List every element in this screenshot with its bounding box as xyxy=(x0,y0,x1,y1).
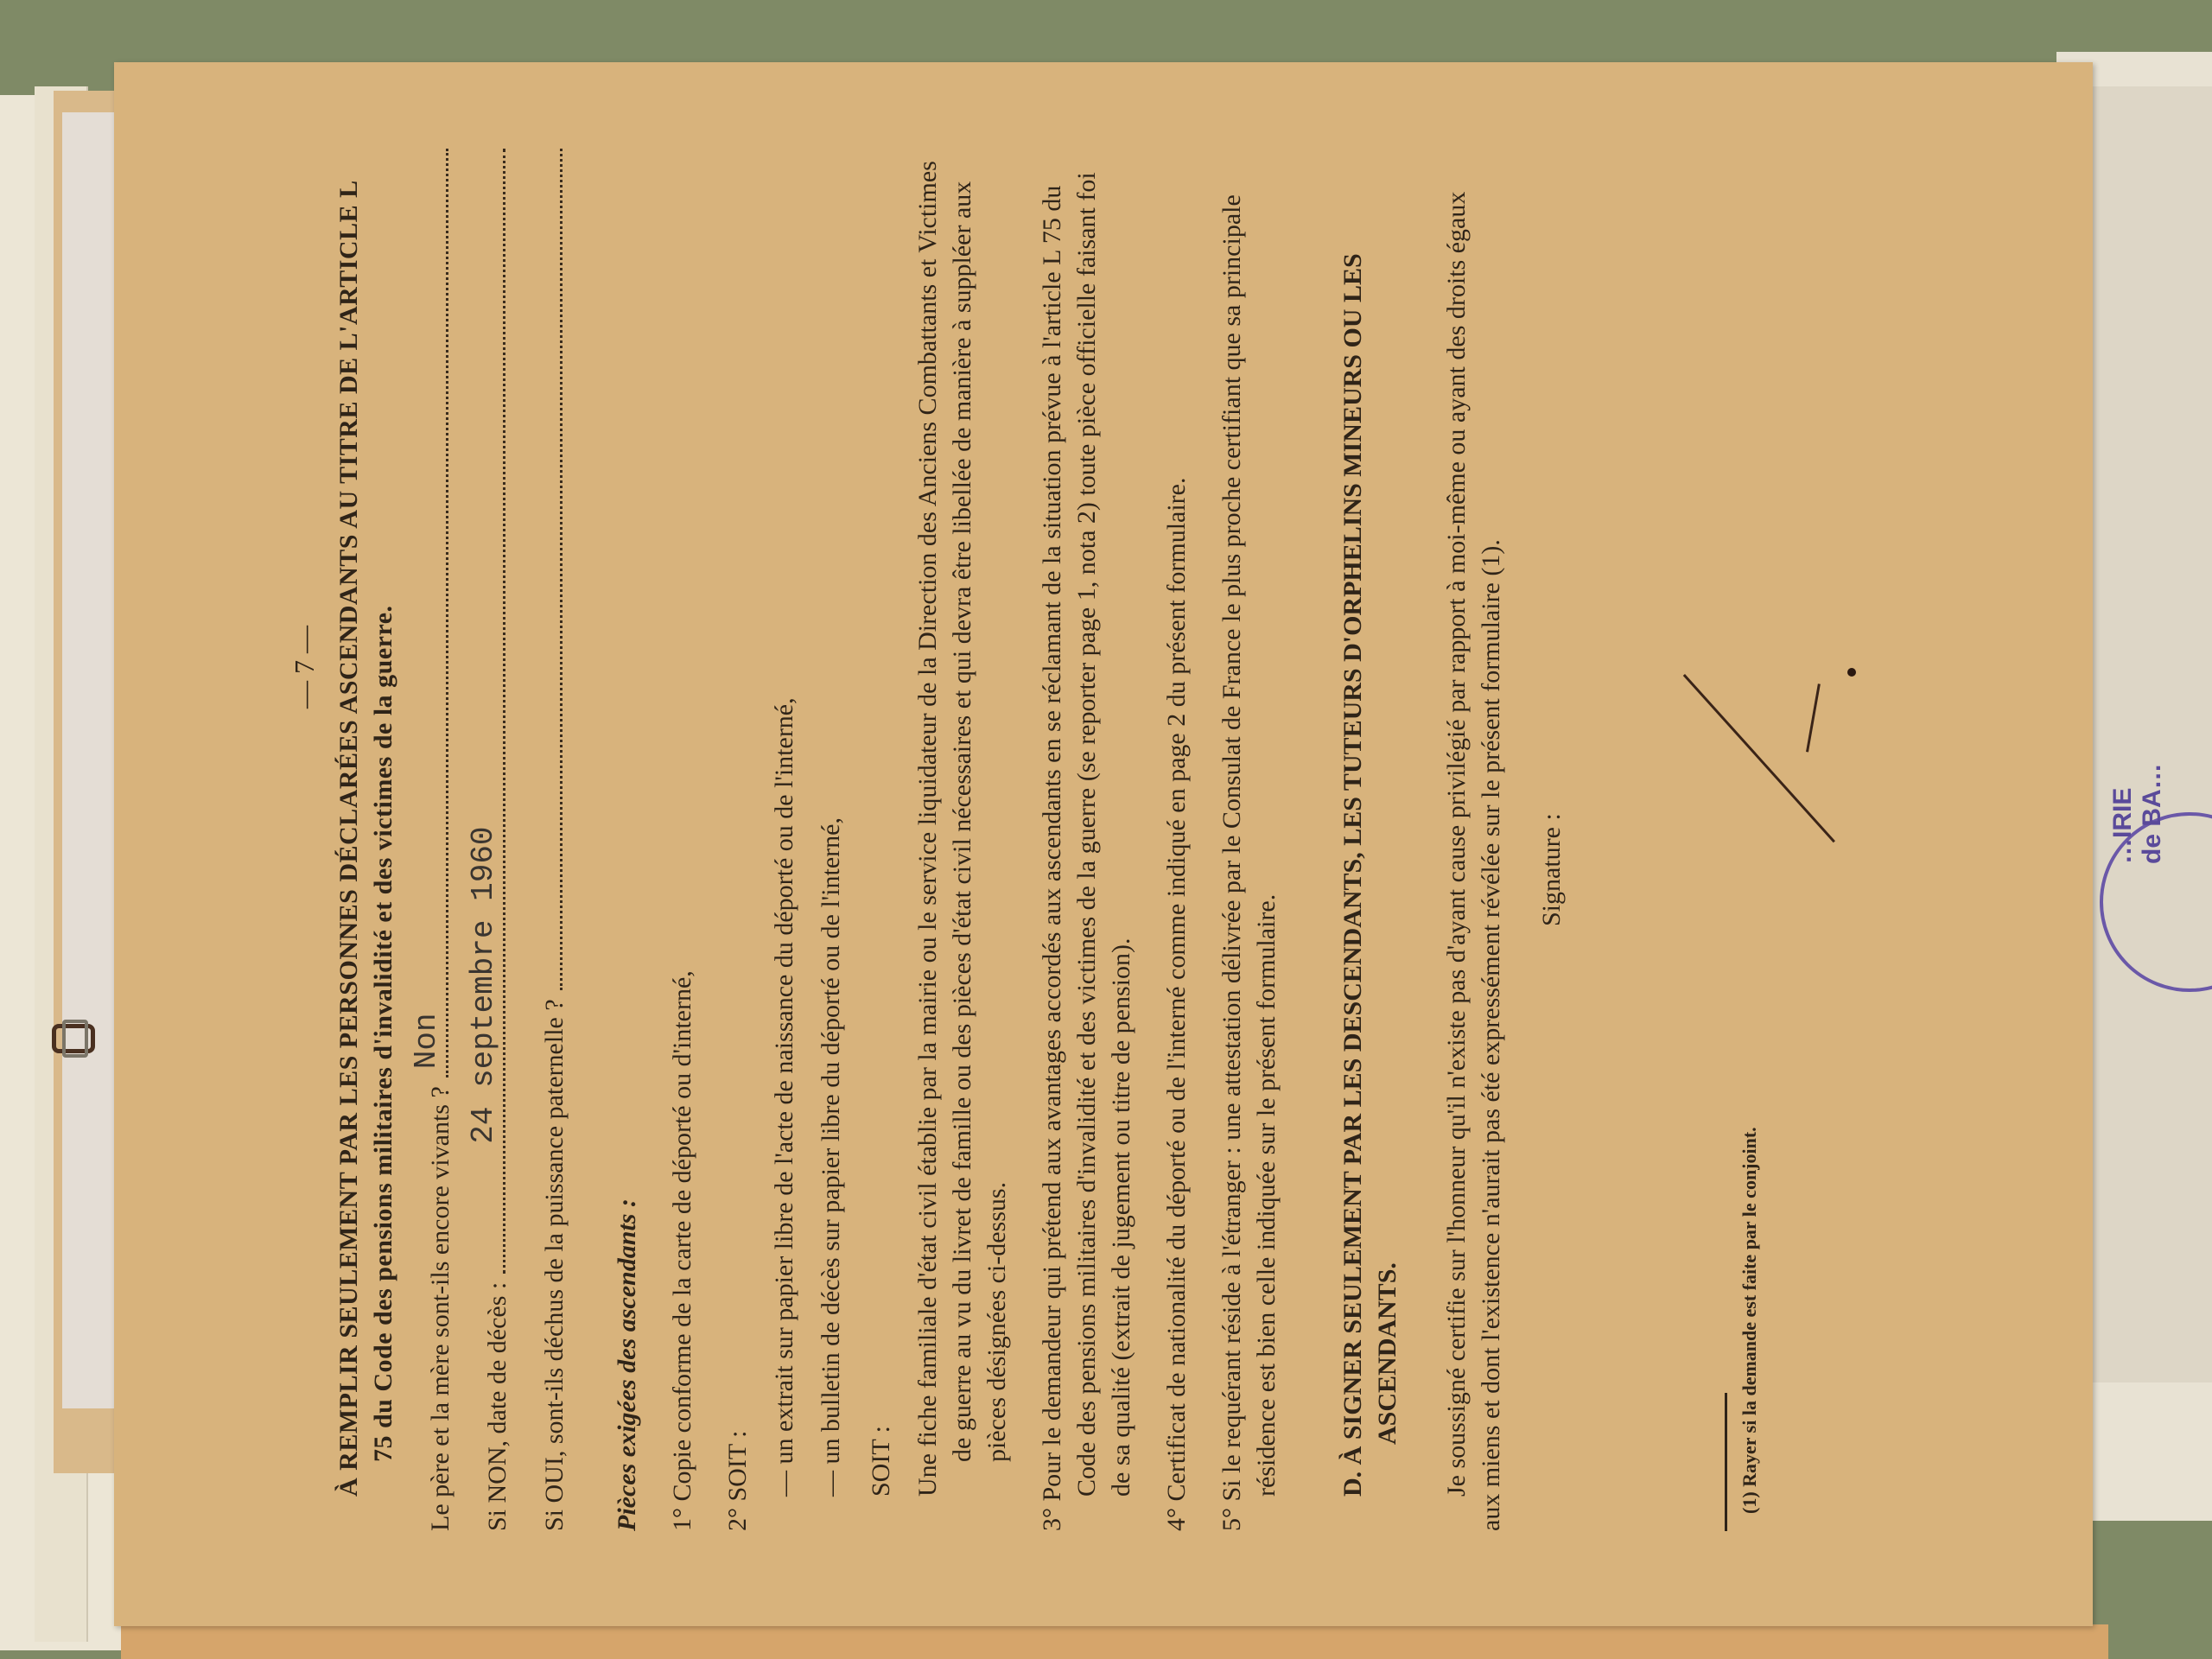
section-d-heading: D. À SIGNER SEULEMENT PAR LES DESCENDANT… xyxy=(1336,149,1405,1531)
pieces-heading: Pièces exigées des ascendants : xyxy=(610,149,645,1531)
signature-dot xyxy=(1847,668,1856,677)
background-sheet xyxy=(2091,86,2212,1382)
footnote: (1) Rayer si la demande est faite par le… xyxy=(1732,149,1767,1531)
soit-label: SOIT : xyxy=(864,149,899,1497)
paper-clip-icon xyxy=(62,1020,88,1058)
answer-field[interactable] xyxy=(537,149,563,990)
question-death-date: Si NON, date de décès : 24 septembre 196… xyxy=(480,149,515,1531)
piece-bullet: — un extrait sur papier libre de l'acte … xyxy=(767,149,802,1531)
piece-item-1: 1° Copie conforme de la carte de déporté… xyxy=(665,149,700,1531)
signature-label: Signature : xyxy=(1535,149,1569,1531)
question-parents-alive: Le père et la mère sont-ils encore vivan… xyxy=(423,149,458,1531)
question-label: Si NON, date de décès : xyxy=(480,1282,515,1531)
soit-block: SOIT : Une fiche familiale d'état civil … xyxy=(864,149,1014,1531)
section-c-heading: À REMPLIR SEULEMENT PAR LES PERSONNES DÉ… xyxy=(332,149,401,1497)
form-page: — 7 — À REMPLIR SEULEMENT PAR LES PERSON… xyxy=(114,62,2093,1626)
page-number: — 7 — xyxy=(287,149,321,1531)
answer-field[interactable]: 24 septembre 1960 xyxy=(480,149,505,1274)
footnote-divider xyxy=(1725,1393,1727,1531)
piece-item-2-label: 2° SOIT : xyxy=(721,149,755,1531)
background-sheet xyxy=(62,112,114,1408)
question-label: Le père et la mère sont-ils encore vivan… xyxy=(423,1086,458,1531)
background-sheet xyxy=(121,1624,2108,1659)
soit-body: Une fiche familiale d'état civil établie… xyxy=(911,149,1014,1497)
answer-value: 24 septembre 1960 xyxy=(467,826,501,1143)
answer-value: Non xyxy=(410,1013,444,1069)
form-content: — 7 — À REMPLIR SEULEMENT PAR LES PERSON… xyxy=(287,149,2041,1531)
piece-item-5: 5° Si le requérant réside à l'étranger :… xyxy=(1215,149,1284,1531)
question-label: Si OUI, sont-ils déchus de la puissance … xyxy=(537,999,572,1531)
stamp-text: …IRIE de BA… xyxy=(2108,760,2167,864)
question-paternal-authority: Si OUI, sont-ils déchus de la puissance … xyxy=(537,149,572,1531)
piece-bullet: — un bulletin de décès sur papier libre … xyxy=(814,149,849,1531)
certification-text: Je soussigné certifie sur l'honneur qu'i… xyxy=(1440,149,1509,1531)
piece-item-3: 3° Pour le demandeur qui prétend aux ava… xyxy=(1035,149,1139,1531)
piece-item-4: 4° Certificat de nationalité du déporté … xyxy=(1160,149,1194,1531)
answer-field[interactable]: Non xyxy=(423,149,448,1077)
